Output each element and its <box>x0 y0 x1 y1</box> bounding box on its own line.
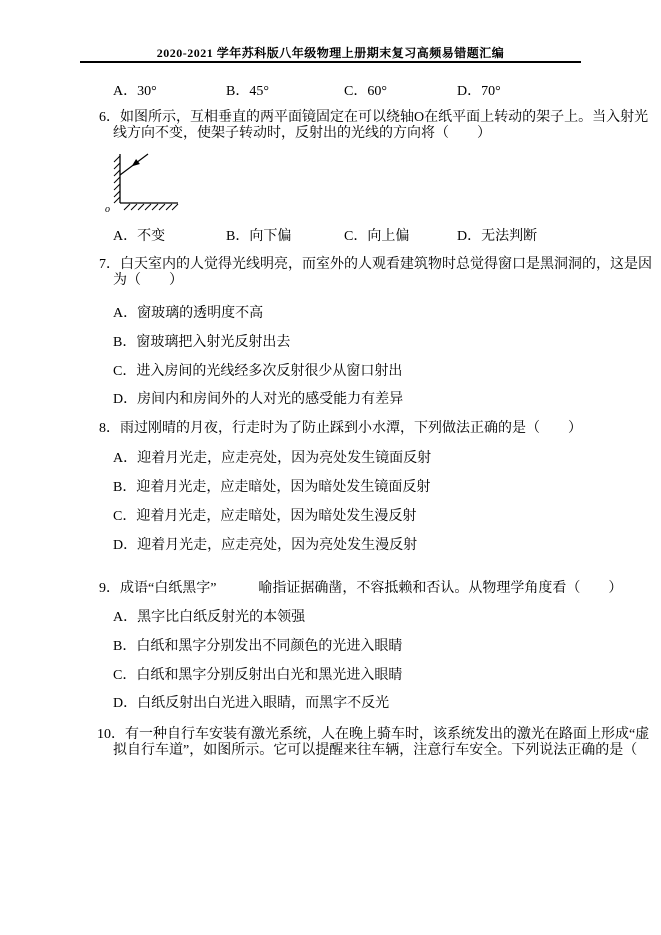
document-title: 2020-2021 学年苏科版八年级物理上册期末复习高频易错题汇编 <box>80 44 581 61</box>
question6-option-d: D．无法判断 <box>457 225 537 245</box>
question8-option-a: A．迎着月光走，应走亮处，因为亮处发生镜面反射 <box>113 451 431 466</box>
incident-ray <box>120 154 148 175</box>
prior-option-a: A．30° <box>113 80 157 100</box>
prior-option-d: D．70° <box>457 80 501 100</box>
prior-option-b: B．45° <box>226 80 269 100</box>
rotation-axis-label: o <box>105 204 110 215</box>
question8-stem-line1: 8．雨过刚晴的月夜，行走时为了防止踩到小水潭，下列做法正确的是（ ） <box>99 421 582 436</box>
question6-options-row: A．不变 B．向下偏 C．向上偏 D．无法判断 <box>0 225 661 241</box>
question8-option-b: B．迎着月光走，应走暗处，因为暗处发生镜面反射 <box>113 480 430 495</box>
question6-stem-line2: 线方向不变，使架子转动时，反射出的光线的方向将（ ） <box>113 126 491 141</box>
question10-stem-line1: 10．有一种自行车安装有激光系统，人在晚上骑车时，该系统发出的激光在路面上形成“… <box>97 727 649 742</box>
question9-option-c: C．白纸和黑字分别反射出白光和黑光进入眼睛 <box>113 668 402 683</box>
question7-option-a: A．窗玻璃的透明度不高 <box>113 306 263 321</box>
question9-stem-line1: 9．成语“白纸黑字” 喻指证据确凿，不容抵赖和否认。从物理学角度看（ ） <box>99 581 622 596</box>
question7-option-c: C．进入房间的光线经多次反射很少从窗口射出 <box>113 364 402 379</box>
prior-option-c: C．60° <box>344 80 387 100</box>
question9-option-d: D．白纸反射出白光进入眼睛，而黑字不反光 <box>113 696 389 711</box>
question6-stem-line1: 6．如图所示，互相垂直的两平面镜固定在可以绕轴O在纸平面上转动的架子上。当入射光 <box>99 110 648 125</box>
question6-option-c: C．向上偏 <box>344 225 409 245</box>
question10-stem-line2: 拟自行车道”，如图所示。它可以提醒来往车辆，注意行车安全。下列说法正确的是（ ） <box>113 743 661 758</box>
question6-mirror-diagram: o <box>102 151 187 215</box>
vertical-mirror-hatching <box>114 156 120 203</box>
question8-option-d: D．迎着月光走，应走亮处，因为亮处发生漫反射 <box>113 538 417 553</box>
question6-option-b: B．向下偏 <box>226 225 291 245</box>
header-divider <box>80 61 581 63</box>
question7-stem-line1: 7．白天室内的人觉得光线明亮，而室外的人观看建筑物时总觉得窗口是黑洞洞的，这是因 <box>99 257 652 272</box>
question9-option-b: B．白纸和黑字分别发出不同颜色的光进入眼睛 <box>113 639 402 654</box>
question9-option-a: A．黑字比白纸反射光的本领强 <box>113 610 305 625</box>
question8-option-c: C．迎着月光走，应走暗处，因为暗处发生漫反射 <box>113 509 416 524</box>
exam-document-page: 2020-2021 学年苏科版八年级物理上册期末复习高频易错题汇编 A．30° … <box>0 0 661 935</box>
question7-option-d: D．房间内和房间外的人对光的感受能力有差异 <box>113 392 403 407</box>
question7-option-b: B．窗玻璃把入射光反射出去 <box>113 335 290 350</box>
ray-arrowhead <box>130 159 140 169</box>
question6-option-a: A．不变 <box>113 225 165 245</box>
question7-stem-line2: 为（ ） <box>113 273 183 288</box>
prior-question-options-row: A．30° B．45° C．60° D．70° <box>0 80 661 96</box>
horizontal-mirror-hatching <box>124 204 178 210</box>
